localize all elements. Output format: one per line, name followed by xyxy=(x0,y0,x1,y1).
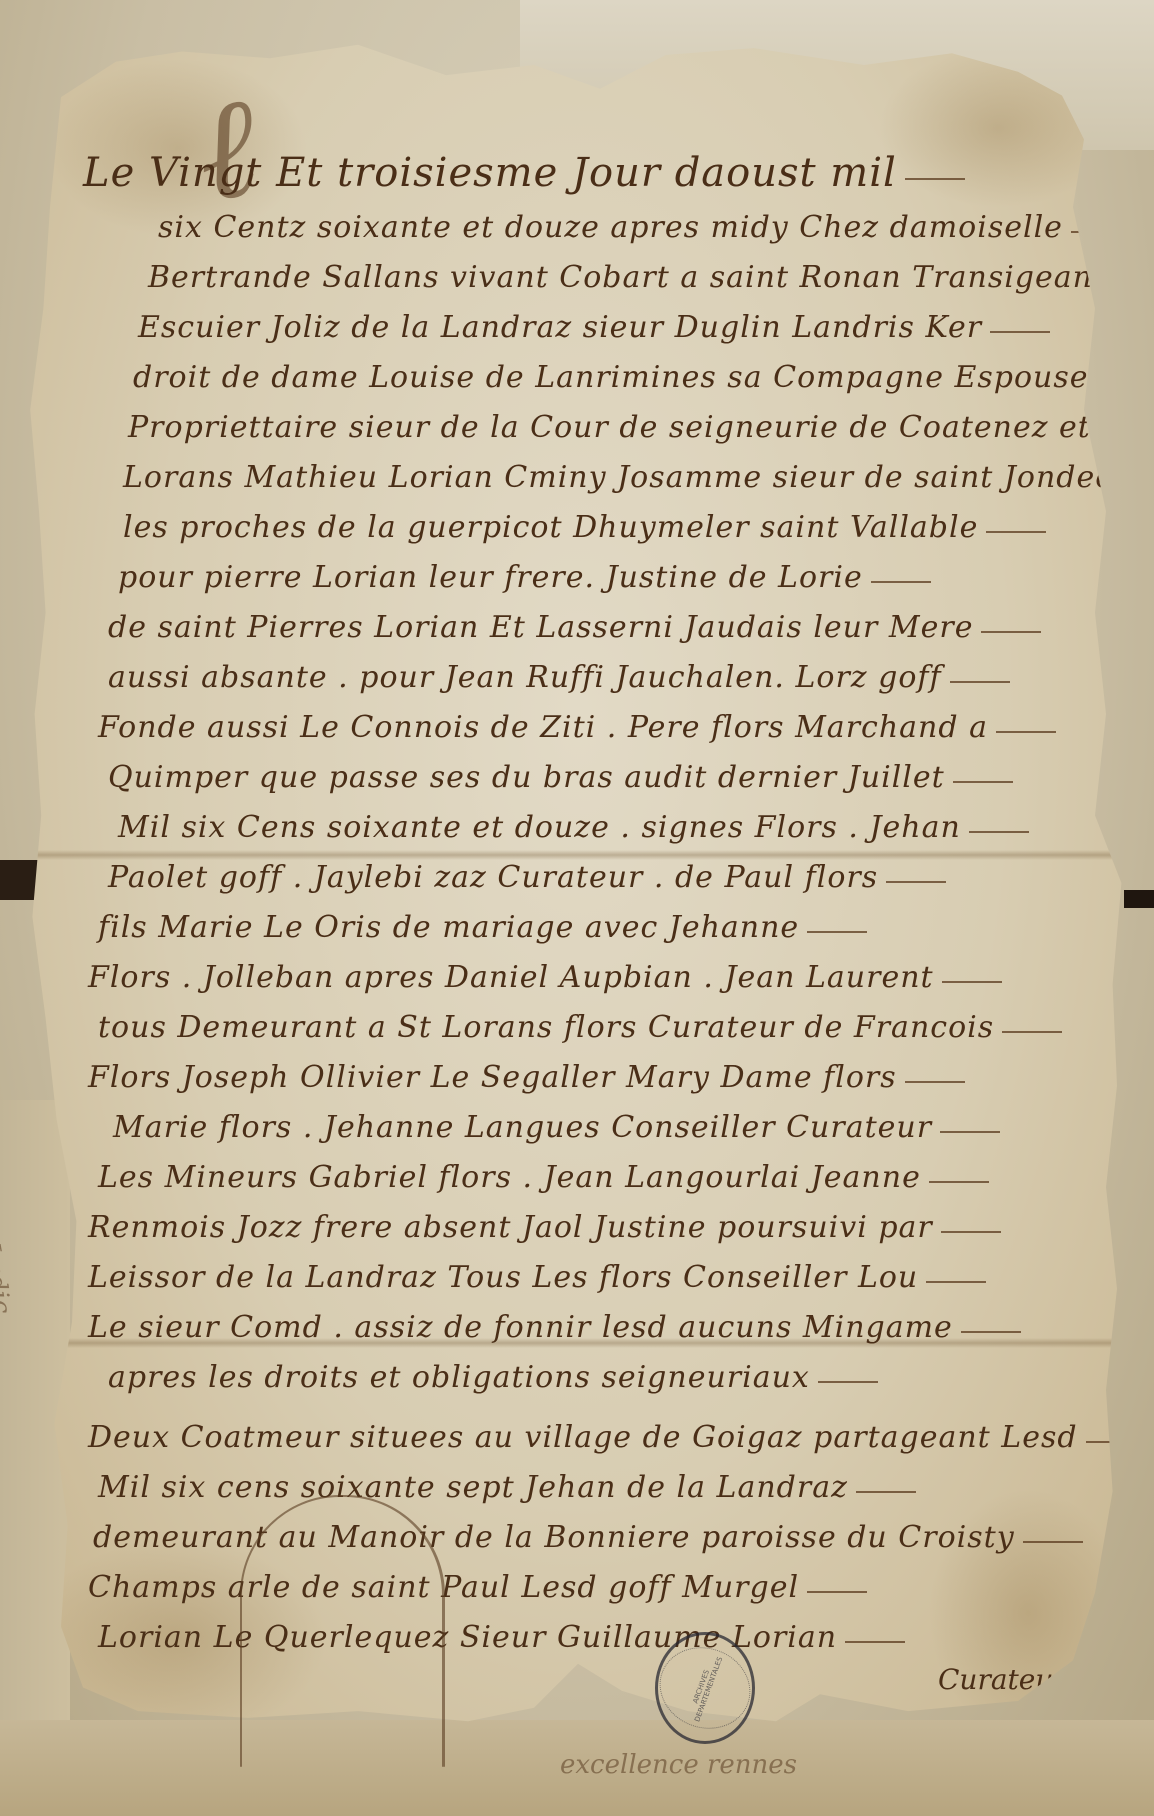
page-gap-shadow-right xyxy=(1124,890,1154,908)
text-line-21: Les Mineurs Gabriel flors . Jean Langour… xyxy=(98,1160,921,1195)
text-line-27: Mil six cens soixante sept Jehan de la L… xyxy=(98,1470,848,1505)
text-line-5: droit de dame Louise de Lanrimines sa Co… xyxy=(133,360,1089,395)
text-line-2: six Centz soixante et douze apres midy C… xyxy=(158,210,1063,245)
bottom-flourish xyxy=(240,1495,445,1797)
text-line-17: Flors . Jolleban apres Daniel Aupbian . … xyxy=(88,960,934,995)
text-line-4: Escuier Joliz de la Landraz sieur Duglin… xyxy=(138,310,982,345)
text-line-19: Flors Joseph Ollivier Le Segaller Mary D… xyxy=(88,1060,897,1095)
text-line-24: Le sieur Comd . assiz de fonnir lesd auc… xyxy=(88,1310,953,1345)
text-line-7: Lorans Mathieu Lorian Cminy Josamme sieu… xyxy=(123,460,1114,495)
archive-stamp: ARCHIVES DEPARTEMENTALES xyxy=(655,1632,755,1744)
text-line-25: apres les droits et obligations seigneur… xyxy=(108,1360,810,1395)
text-line-8: les proches de la guerpicot Dhuymeler sa… xyxy=(123,510,978,545)
text-line-14: Mil six Cens soixante et douze . signes … xyxy=(118,810,961,845)
text-line-3: Bertrande Sallans vivant Cobart a saint … xyxy=(148,260,1106,295)
text-line-6: Propriettaire sieur de la Cour de seigne… xyxy=(128,410,1154,445)
text-line-18: tous Demeurant a St Lorans flors Curateu… xyxy=(98,1010,994,1045)
text-line-26: Deux Coatmeur situees au village de Goig… xyxy=(88,1420,1078,1455)
text-line-1: Le Vingt Et troisiesme Jour daoust mil xyxy=(83,150,897,196)
underlying-handwriting-left: Ladic xyxy=(0,1240,17,1316)
text-line-9: pour pierre Lorian leur frere. Justine d… xyxy=(118,560,863,595)
text-line-23: Leissor de la Landraz Tous Les flors Con… xyxy=(88,1260,918,1295)
text-line-15: Paolet goff . Jaylebi zaz Curateur . de … xyxy=(108,860,878,895)
text-line-28: demeurant au Manoir de la Bonniere paroi… xyxy=(93,1520,1015,1555)
underlying-sheet-bottom: excellence rennes xyxy=(0,1720,1154,1816)
text-line-13: Quimper que passe ses du bras audit dern… xyxy=(108,760,945,795)
manuscript-page: ℓ Le Vingt Et troisiesme Jour daoust mil… xyxy=(28,38,1128,1728)
text-line-16: fils Marie Le Oris de mariage avec Jehan… xyxy=(98,910,799,945)
page-fold-middle xyxy=(28,850,1128,860)
text-line-11: aussi absante . pour Jean Ruffi Jauchale… xyxy=(108,660,942,695)
text-line-12: Fonde aussi Le Connois de Ziti . Pere fl… xyxy=(98,710,988,745)
text-line-10: de saint Pierres Lorian Et Lasserni Jaud… xyxy=(108,610,973,645)
text-line-22: Renmois Jozz frere absent Jaol Justine p… xyxy=(88,1210,933,1245)
underlying-handwriting-bottom: excellence rennes xyxy=(560,1750,797,1780)
text-line-20: Marie flors . Jehanne Langues Conseiller… xyxy=(113,1110,932,1145)
